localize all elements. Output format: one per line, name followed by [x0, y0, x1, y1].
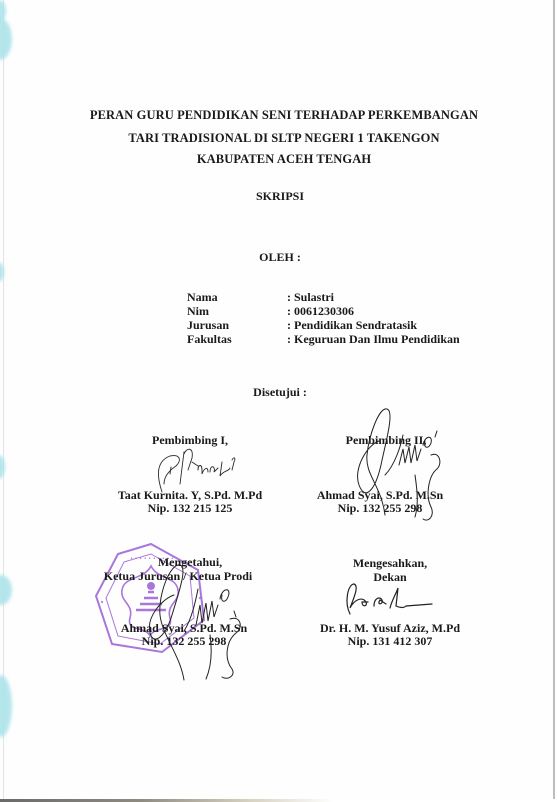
advisor-2-signature [345, 405, 455, 530]
info-value: : 0061230306 [287, 304, 354, 319]
info-value: : Pendidikan Sendratasik [287, 318, 417, 333]
info-value: : Sulastri [287, 290, 334, 305]
info-label: Nama [187, 290, 218, 305]
approved-label: Disetujui : [0, 385, 557, 399]
advisor-1-name: Taat Kurnita. Y, S.Pd. M.Pd [100, 488, 280, 502]
stain-mark [0, 455, 5, 479]
stain-mark [0, 575, 12, 605]
info-label: Jurusan [187, 318, 229, 333]
document-type: SKRIPSI [0, 189, 557, 203]
advisor-1-nip: Nip. 132 215 125 [100, 501, 280, 515]
dean-role-line-1: Mengesahkan, [290, 556, 490, 570]
info-label: Nim [187, 304, 209, 319]
by-label: OLEH : [0, 250, 557, 264]
thesis-title-line-1: PERAN GURU PENDIDIKAN SENI TERHADAP PERK… [0, 108, 557, 122]
thesis-title-line-3: KABUPATEN ACEH TENGAH [0, 152, 557, 166]
thesis-title-line-2: TARI TRADISIONAL DI SLTP NEGERI 1 TAKENG… [0, 131, 557, 145]
info-value: : Keguruan Dan Ilmu Pendidikan [287, 332, 460, 347]
stain-mark [0, 675, 12, 737]
department-head-signature [140, 555, 250, 685]
info-label: Fakultas [187, 332, 232, 347]
stain-mark [0, 18, 12, 60]
dean-signature [340, 578, 440, 618]
scanned-page: PERAN GURU PENDIDIKAN SENI TERHADAP PERK… [0, 0, 557, 802]
dean-nip: Nip. 131 412 307 [290, 634, 490, 648]
dean-name: Dr. H. M. Yusuf Aziz, M.Pd [290, 621, 490, 635]
